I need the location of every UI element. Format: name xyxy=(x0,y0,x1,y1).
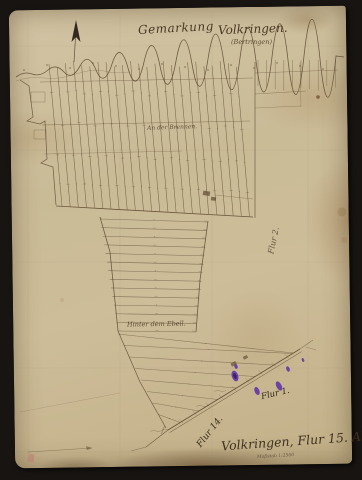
parcel-fan-lower xyxy=(118,331,293,434)
parcel-strips-upper xyxy=(20,61,253,217)
annotation-marks xyxy=(20,355,248,462)
parcel-fan-middle xyxy=(100,217,208,332)
stream-line xyxy=(16,19,344,97)
ink-stains xyxy=(60,95,347,302)
scan-background: Gemarkung Volkringen. (Bertringen) An de… xyxy=(0,0,362,480)
road-line xyxy=(131,340,316,451)
map-linework xyxy=(0,0,362,480)
north-arrow-icon xyxy=(72,20,81,62)
